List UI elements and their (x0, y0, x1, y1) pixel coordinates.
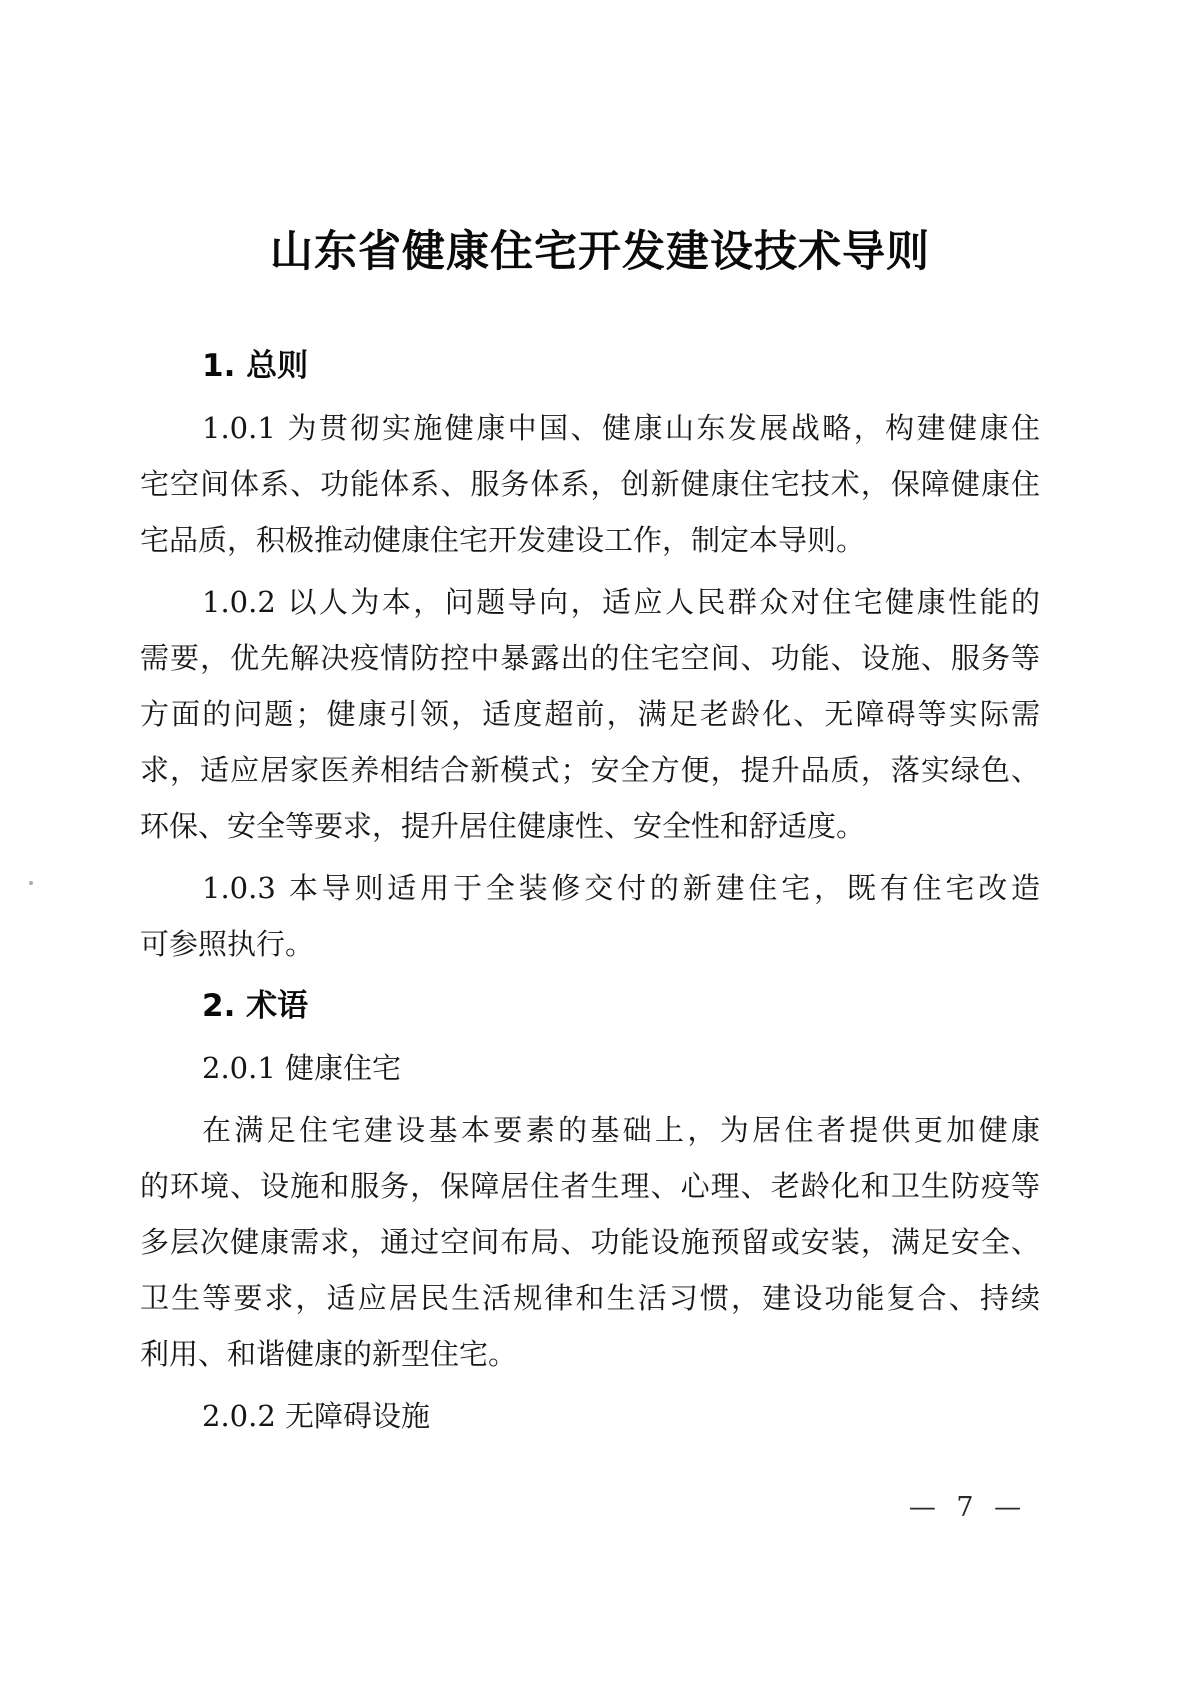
paragraph-line: 卫生等要求，适应居民生活规律和生活习惯，建设功能复合、持续 (140, 1270, 1040, 1326)
paragraph-line: 1.0.3 本导则适用于全装修交付的新建住宅，既有住宅改造 (140, 860, 1040, 916)
scan-artifact-dot (29, 881, 33, 885)
paragraph-line: 宅空间体系、功能体系、服务体系，创新健康住宅技术，保障健康住 (140, 456, 1040, 512)
paragraph-line: 的环境、设施和服务，保障居住者生理、心理、老龄化和卫生防疫等 (140, 1158, 1040, 1214)
paragraph-line: 宅品质，积极推动健康住宅开发建设工作，制定本导则。 (140, 512, 1040, 568)
document-page: 山东省健康住宅开发建设技术导则 1. 总则 1.0.1 为贯彻实施健康中国、健康… (0, 0, 1200, 1697)
paragraph-line: 需要，优先解决疫情防控中暴露出的住宅空间、功能、设施、服务等 (140, 630, 1040, 686)
paragraph-line: 1.0.1 为贯彻实施健康中国、健康山东发展战略，构建健康住 (140, 400, 1040, 456)
paragraph-line: 1.0.2 以人为本，问题导向，适应人民群众对住宅健康性能的 (140, 574, 1040, 630)
document-title: 山东省健康住宅开发建设技术导则 (0, 218, 1200, 279)
paragraph-line: 利用、和谐健康的新型住宅。 (140, 1326, 1040, 1382)
paragraph-line: 在满足住宅建设基本要素的基础上，为居住者提供更加健康 (140, 1102, 1040, 1158)
paragraph-line: 方面的问题；健康引领，适度超前，满足老龄化、无障碍等实际需 (140, 686, 1040, 742)
paragraph-line: 可参照执行。 (140, 916, 1040, 972)
section-heading-general: 1. 总则 (140, 338, 1040, 394)
page-number: — 7 — (880, 1492, 1050, 1523)
section-heading-terms: 2. 术语 (140, 978, 1040, 1034)
term-heading: 2.0.2 无障碍设施 (140, 1388, 1040, 1444)
paragraph-line: 求，适应居家医养相结合新模式；安全方便，提升品质，落实绿色、 (140, 742, 1040, 798)
paragraph-line: 环保、安全等要求，提升居住健康性、安全性和舒适度。 (140, 798, 1040, 854)
paragraph-line: 多层次健康需求，通过空间布局、功能设施预留或安装，满足安全、 (140, 1214, 1040, 1270)
document-body: 1. 总则 1.0.1 为贯彻实施健康中国、健康山东发展战略，构建健康住 宅空间… (140, 338, 1040, 1444)
term-heading: 2.0.1 健康住宅 (140, 1040, 1040, 1096)
